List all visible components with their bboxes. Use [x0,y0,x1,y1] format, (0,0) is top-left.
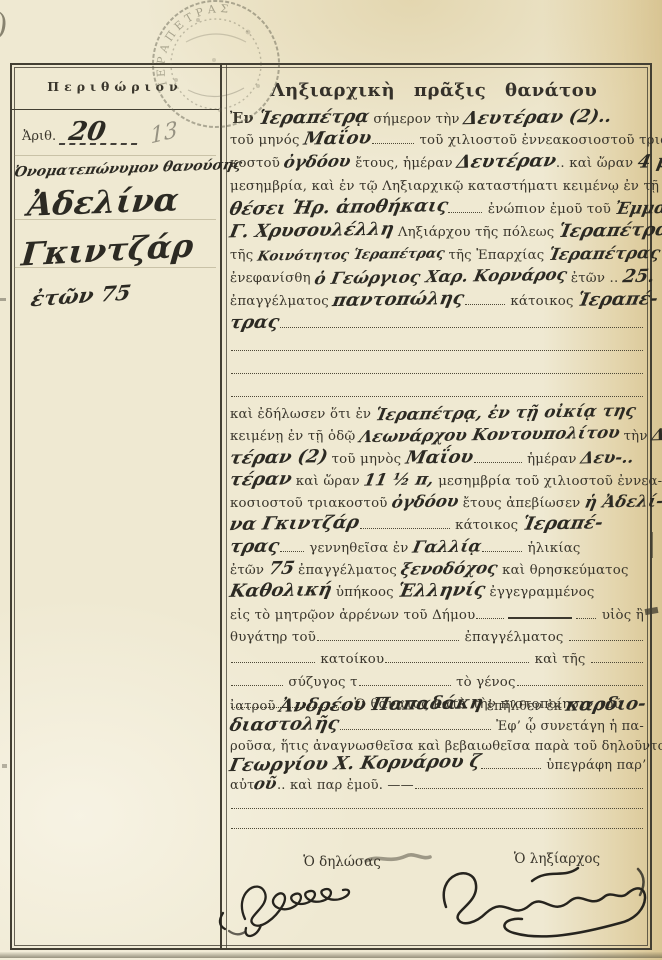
handwritten-text: 11 ½ π, [363,474,435,485]
printed-text: κατοίκου [316,652,384,667]
printed-text: σύζυγος τ [284,675,358,690]
printed-text: ἐπαγγέλματος [294,563,402,578]
printed-text: ὑπήκοος [331,585,398,600]
handwritten-text: Καθολική [229,585,333,597]
handwritten-text: Ἐμμανουὴλ [614,202,662,214]
printed-text: ἐτῶν [230,563,269,578]
printed-text: Ἐφ’ ᾧ συνετάγη ἡ πα- [492,719,644,734]
dotted-blank [231,798,643,809]
printed-text: .. καὶ παρ ἐμοῦ. —— [277,778,414,793]
handwritten-text: 75 [268,564,295,574]
handwritten-text: Δευ-.. [580,452,635,463]
form-line: θυγάτηρ τοῦ ἐπαγγέλματος [230,630,644,652]
form-line: τρας [230,317,644,340]
dotted-blank [280,317,643,328]
printed-text: .. καὶ ὥραν [556,156,638,171]
dotted-blank [231,363,643,374]
handwritten-text: Δευτέραν [456,156,557,168]
printed-text: κάτοικος [451,518,523,533]
printed-text: αὐτ [230,778,254,793]
dotted-blank [360,518,450,529]
handwritten-text: τρας [229,541,280,552]
printed-text: ἰατροῦ [230,699,280,714]
form-line: διαστολῆς Ἐφ’ ᾧ συνετάγη ἡ πα- [230,719,644,739]
printed-text: τὴν [619,429,652,444]
handwritten-text: Ἱεραπέ- [522,519,604,530]
printed-text: σήμερον τὴν [369,112,464,127]
printed-text: ἐνεφανίσθη [230,271,315,286]
dotted-blank [448,202,482,213]
printed-text: ὑπεγράφη παρ’ [542,758,646,773]
handwritten-text: Γεωργίου Χ. Κορνάρου ζ [229,757,482,771]
printed-text: εἰς τὸ μητρῷον ἀρρένων τοῦ Δήμου [230,608,475,623]
printed-text: τῆς [230,248,258,263]
form-border-frame: Περιθώριον Ἀριθ. 20 13 Ὀνοματεπώνυμον θα… [10,63,652,950]
deceased-name-caption: Ὀνοματεπώνυμον θανούσης [12,157,221,180]
printed-text: καὶ ἐδήλωσεν ὅτι ἐν [230,407,376,422]
dotted-blank [231,675,283,686]
dotted-blank [482,541,522,552]
dotted-blank [340,719,491,730]
body-line-group: Ἐν Ἱεραπέτρᾳ σήμερον τὴν Δευτέραν (2)..τ… [230,110,644,409]
handwritten-text: Μαΐου [405,452,474,463]
dotted-blank [481,758,541,769]
act-number-label: Ἀριθ. [22,129,56,144]
printed-text: ἐπαγγέλματος [460,630,568,645]
printed-text: ἐγγεγραμμένος [485,585,594,600]
handwritten-text: Ἱεραπέτρᾳ, ἐν τῇ οἰκίᾳ της [374,406,636,421]
printed-text: γεννηθεῖσα ἐν [305,541,413,556]
printed-text: καὶ θρησκεύματος [498,563,629,578]
handwritten-text: τέραν [229,474,293,485]
handwritten-text: ὀγδόου [391,497,460,508]
dotted-blank [317,630,459,641]
printed-text: καὶ ὥραν [291,474,364,489]
form-line: αὐτοῦ.. καὶ παρ ἐμοῦ. —— [230,778,644,798]
form-line [230,798,644,818]
printed-text: ἐτῶν .. [566,271,622,286]
printed-text: τοῦ χιλιοστοῦ ἐννεακοσιοστοῦ τρια- [415,133,662,148]
printed-text: κειμένῃ ἐν τῇ ὁδῷ [230,429,360,444]
ink-smudge [0,298,6,301]
printed-text: ἡμέραν [523,452,581,467]
handwritten-text: Ἱεραπέτρας [548,248,661,260]
printed-text: κοσιοστοῦ τριακοστοῦ [230,496,392,511]
handwritten-text: Κοινότητος Ἱεραπέτρας [256,248,445,261]
handwritten-text: Ἱεραπέ- [577,294,659,305]
printed-text: μεσημβρία, καὶ ἐν τῷ Ληξιαρχικῷ καταστήμ… [230,179,662,194]
ruled-line [14,155,216,156]
form-line: εἰς τὸ μητρῷον ἀρρένων τοῦ Δήμου υἱὸς ἢ [230,608,644,630]
handwritten-text: Δευτέραν (2).. [463,112,613,125]
printed-text: κοστοῦ [230,156,284,171]
official-round-stamp: ΙΕΡΑΠΕΤΡΑΣ [128,0,303,142]
dotted-blank [415,778,643,789]
handwritten-text: τρας [229,318,280,329]
form-line: ἐπαγγέλματος παντοπώλης κάτοικος Ἱεραπέ- [230,294,644,317]
body-line-group: καὶ ἐδήλωσεν ὅτι ἐν Ἱεραπέτρᾳ, ἐν τῇ οἰκ… [230,407,644,719]
handwritten-text: Δευ- [651,430,662,441]
handwritten-text: οῦ [253,779,277,789]
handwritten-text: Ἀνδρέου Παπαδάκη [279,698,484,712]
handwritten-text: ὀγδόου [283,156,352,167]
form-line [230,818,644,838]
strike-line [508,611,572,619]
handwritten-text: να Γκιντζάρ [229,518,360,530]
handwritten-text: καρδιο- [565,699,647,710]
declarant-signature [215,863,425,938]
handwritten-text: Γ. Χρυσουλέλλη [229,225,395,238]
handwritten-text: τέραν (2) [229,452,328,464]
dotted-blank [359,675,451,686]
printed-text: τοῦ μηνὸς [327,452,405,467]
printed-text: ἡλικίας [523,541,580,556]
handwritten-text: 25. [622,272,655,283]
dotted-blank [231,818,643,829]
dotted-blank [576,608,596,619]
scan-bottom-shadow [0,952,662,958]
handwritten-text: ξενοδόχος [400,563,498,575]
dotted-blank [231,340,643,351]
printed-text: τῆς Ἐπαρχίας [444,248,549,263]
scanned-document-page: { "page": { "corner_mark": ")" }, "stamp… [0,0,662,960]
svg-text:ΙΕΡΑΠΕΤΡΑΣ: ΙΕΡΑΠΕΤΡΑΣ [132,0,252,90]
handwritten-text: Μαΐου [303,133,372,144]
handwritten-text: Ἑλληνίς [397,586,486,598]
dotted-blank [569,630,643,641]
body-line-group: ἰατροῦ Ἀνδρέου Παπαδάκη ἐπῆλθεν ἐκ καρδι… [230,699,644,838]
ink-smudge [2,764,7,768]
dotted-blank [385,652,529,663]
handwritten-text: Λεωνάρχου Κοντουπολίτου [358,428,620,443]
handwritten-text: ἡ Ἀδελί- [584,497,662,508]
form-line [230,363,644,386]
dotted-blank [231,652,315,663]
form-line: Καθολική ὑπήκοος Ἑλληνίς ἐγγεγραμμένος [230,585,644,607]
dotted-blank [517,675,643,686]
handwritten-text: διαστολῆς [229,719,340,731]
dotted-blank [280,541,304,552]
printed-text: ἔτους ἀπεβίωσεν [458,496,585,511]
printed-text: καὶ τῆς [530,652,590,667]
printed-text: μεσημβρία τοῦ χιλιοστοῦ ἐννεα- [434,474,662,489]
printed-text: Ληξιάρχου τῆς πόλεως [393,225,558,240]
form-line: κοστοῦ ὀγδόου ἔτους, ἡμέραν Δευτέραν.. κ… [230,156,644,179]
registrar-signature [410,855,662,947]
printed-text: ἐπῆλθεν ἐκ [482,699,566,714]
form-line: Γεωργίου Χ. Κορνάρου ζ ὑπεγράφη παρ’ [230,758,644,778]
column-divider-line [220,63,227,950]
handwritten-text: ὁ Γεώργιος Χαρ. Κορνάρος [314,270,568,284]
printed-text: κάτοικος [506,294,578,309]
printed-text: θυγάτηρ τοῦ [230,630,316,645]
handwritten-text: θέσει Ἡρ. ἀποθήκαις [229,201,449,215]
dotted-blank [591,652,643,663]
deceased-age: ἐτῶν 75 [29,280,133,312]
deceased-first-name: Ἀδελίνα [26,180,181,223]
form-line: κατοίκου καὶ τῆς [230,652,644,674]
printed-text: ἔτους, ἡμέραν [351,156,457,171]
dotted-blank [476,608,504,619]
handwritten-text: παντοπώλης [332,294,465,306]
handwritten-text: 4 μετὰ [637,156,662,167]
dotted-blank [231,386,643,397]
printed-text: ἐπαγγέλματος [230,294,333,309]
dotted-blank [474,452,522,463]
printed-text: τὸ γένος [452,675,516,690]
handwritten-text: Ἱεραπέτρας [558,225,662,237]
printed-text: ἐνώπιον ἐμοῦ τοῦ [483,202,615,217]
handwritten-text: Γαλλίᾳ [412,541,482,552]
dotted-blank [372,133,414,144]
printed-text: υἱὸς ἢ [597,608,644,623]
form-line [230,340,644,363]
dotted-blank [465,294,505,305]
